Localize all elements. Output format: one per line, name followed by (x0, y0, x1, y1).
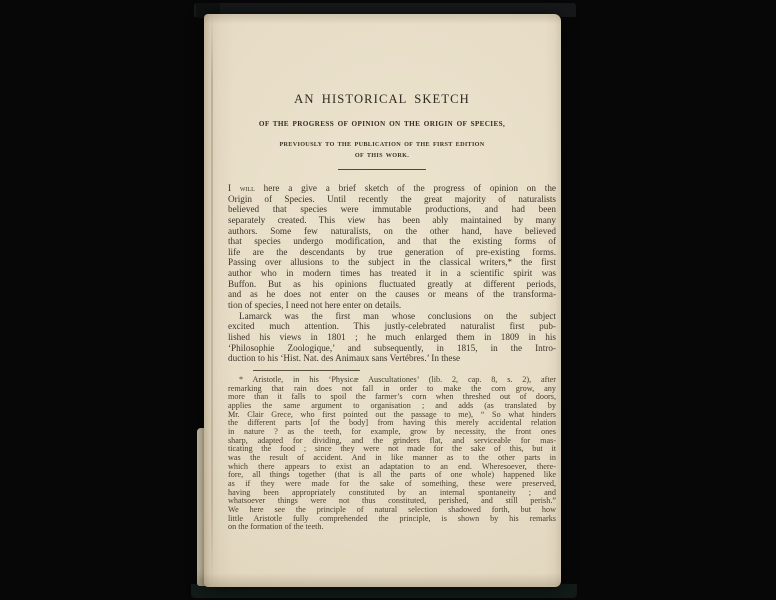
text-line: more than it falls to spoil the farmer’s… (228, 393, 556, 402)
text-line: the different parts [of the body] from h… (228, 419, 556, 428)
text-line: as if they were made for the sake of som… (228, 480, 556, 489)
text-line: excited much attention. This justly-cele… (228, 321, 556, 332)
text-line: little Aristotle fully comprehended the … (228, 515, 556, 524)
text-line: * Aristotle, in his ‘Physicæ Auscultatio… (228, 376, 556, 385)
text-line: remarking that rain does not fall in ord… (228, 385, 556, 394)
text-line: ‘Philosophie Zoologique,’ and subsequent… (228, 343, 556, 354)
text-line: Passing over allusions to the subject in… (228, 257, 556, 268)
text-line: Mr. Clair Grece, who first pointed out t… (228, 411, 556, 420)
text-line: separately created. This view has been a… (228, 215, 556, 226)
text-line: Buffon. But as his opinions fluctuated g… (228, 279, 556, 290)
text-line: authors. Some few naturalists, on the ot… (228, 226, 556, 237)
text-line: tion of species, I need not here enter o… (228, 300, 556, 311)
text-line: which there appears to exist an adaptati… (228, 463, 556, 472)
edition-note-line-1: PREVIOUSLY TO THE PUBLICATION OF THE FIR… (218, 141, 546, 148)
text-line: duction to his ‘Hist. Nat. des Animaux s… (228, 353, 556, 364)
text-line: and as he does not enter on the causes o… (228, 289, 556, 300)
text-line: believed that species were immutable pro… (228, 204, 556, 215)
text-line: Origin of Species. Until recently the gr… (228, 194, 556, 205)
text-line: Lamarck was the first man whose conclusi… (228, 311, 556, 322)
text-line: lished his views in 1801 ; he much enlar… (228, 332, 556, 343)
page-title: AN HISTORICAL SKETCH (218, 92, 546, 107)
text-line: having been appropriately constituted by… (228, 489, 556, 498)
text-line: author who in modern times has treated i… (228, 268, 556, 279)
text-line: that species undergo modification, and t… (228, 236, 556, 247)
text-line: fore, all things together (that is all t… (228, 471, 556, 480)
text-line: ticating the food ; since they were not … (228, 445, 556, 454)
text-line: sharp, adapted for dividing, and the gri… (228, 437, 556, 446)
text-line: I will here a give a brief sketch of the… (228, 183, 556, 194)
book-page: AN HISTORICAL SKETCH OF THE PROGRESS OF … (204, 14, 561, 587)
footnote-text: * Aristotle, in his ‘Physicæ Auscultatio… (228, 376, 556, 532)
text-line: We here see the principle of natural sel… (228, 506, 556, 515)
paragraph-1: I will here a give a brief sketch of the… (228, 183, 556, 311)
main-text: I will here a give a brief sketch of the… (228, 183, 556, 364)
paragraph-2: Lamarck was the first man whose conclusi… (228, 311, 556, 364)
small-caps-lead: I will (228, 183, 255, 193)
text-line: life are the descendants by true generat… (228, 247, 556, 258)
footnote-divider-rule (253, 370, 360, 371)
text-line: whatsoever things were not thus constitu… (228, 497, 556, 506)
book-photograph: AN HISTORICAL SKETCH OF THE PROGRESS OF … (0, 0, 776, 600)
edition-note-line-2: OF THIS WORK. (218, 152, 546, 159)
page-subtitle: OF THE PROGRESS OF OPINION ON THE ORIGIN… (218, 120, 546, 128)
text-line: applies the same argument to organisatio… (228, 402, 556, 411)
text-line: was the result of accident. And in like … (228, 454, 556, 463)
text-line: on the formation of the teeth. (228, 523, 556, 532)
text-line: in nature ? as the teeth, for example, g… (228, 428, 556, 437)
heading-divider-rule (338, 169, 426, 170)
